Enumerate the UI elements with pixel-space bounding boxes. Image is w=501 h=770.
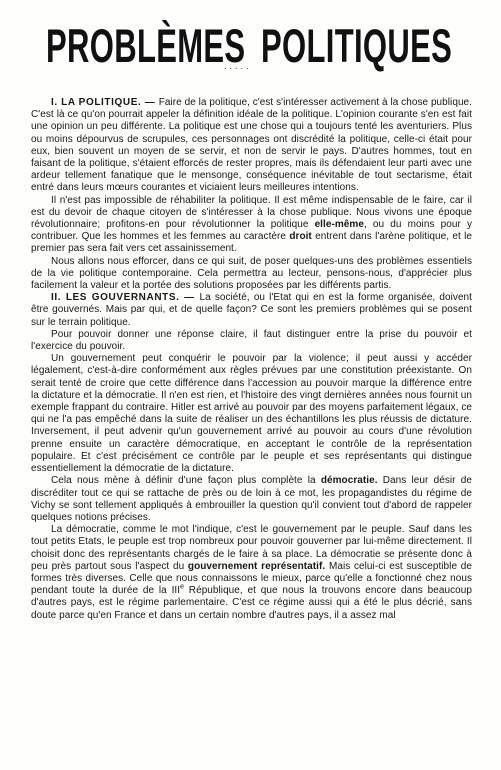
text-run: Un gouvernement peut conquérir le pouvoi… — [31, 353, 472, 474]
text-run: elle-même — [315, 219, 364, 230]
paragraph: Cela nous mène à définir d'une façon plu… — [31, 475, 472, 524]
paragraph: Nous allons nous efforcer, dans ce qui s… — [31, 256, 472, 293]
page-title: PROBLÈMES POLITIQUES — [46, 22, 452, 69]
text-run: Cela nous mène à définir d'une façon plu… — [51, 475, 321, 486]
paragraph: Il n'est pas impossible de réhabiliter l… — [31, 195, 472, 256]
title-ornament: ····· — [0, 63, 475, 73]
paragraph: La démocratie, comme le mot l'indique, c… — [31, 524, 472, 622]
text-run: droit — [289, 231, 311, 242]
paragraph: II. LES GOUVERNANTS. — La société, ou l'… — [31, 292, 472, 329]
text-run: Faire de la politique, c'est s'intéresse… — [31, 97, 472, 193]
paragraph: Un gouvernement peut conquérir le pouvoi… — [31, 353, 472, 475]
section-heading: I. LA POLITIQUE. — — [51, 97, 159, 108]
document-page: PROBLÈMES POLITIQUES ····· I. LA POLITIQ… — [0, 0, 501, 770]
article-body: I. LA POLITIQUE. — Faire de la politique… — [31, 97, 472, 622]
section-heading: II. LES GOUVERNANTS. — — [51, 292, 199, 303]
text-run: démocratie. — [321, 475, 378, 486]
text-run: gouvernement représentatif. — [188, 561, 325, 572]
text-run: Pour pouvoir donner une réponse claire, … — [31, 329, 472, 352]
text-run: Nous allons nous efforcer, dans ce qui s… — [31, 256, 472, 291]
paragraph: Pour pouvoir donner une réponse claire, … — [31, 329, 472, 353]
paragraph: I. LA POLITIQUE. — Faire de la politique… — [31, 97, 472, 195]
